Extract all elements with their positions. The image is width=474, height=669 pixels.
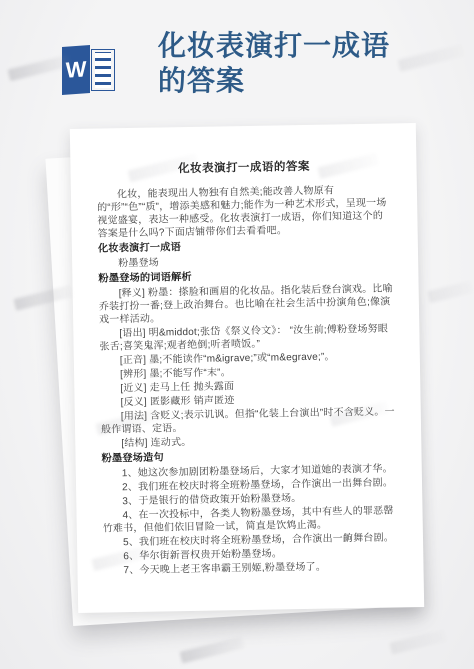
watermark-smudge	[427, 281, 473, 303]
word-icon-letter: W	[66, 58, 87, 81]
analysis-line: [用法] 含贬义;表示讥讽。但指“化装上台演出”时不含贬义。一般作谓语、定语。	[101, 405, 396, 436]
word-icon-sheet	[91, 49, 115, 91]
analysis-line: [释义] 粉墨：搽脸和画眉的化妆品。指化装后登台演戏。比喻乔装打扮一番;登上政治…	[99, 282, 395, 326]
document-preview-sheet[interactable]: 化妆表演打一成语的答案 化妆，能表现出人物独有自然美;能改善人物原有的“形”“色…	[70, 123, 424, 613]
word-icon-panel: W	[62, 45, 90, 95]
page-title-line1: 化妆表演打一成语	[158, 30, 390, 61]
word-document-icon: W	[62, 44, 122, 98]
analysis-line: [语出] 明&middot;张岱《祭义伶文》： “汝生前;傅粉登场努眼张舌;喜笑…	[99, 322, 394, 353]
watermark-smudge	[179, 636, 244, 663]
watermark-smudge	[389, 629, 446, 654]
header: W 化妆表演打一成语的答案	[0, 0, 474, 112]
page-title: 化妆表演打一成语的答案	[158, 28, 458, 98]
sentence-item: 4、在一次投标中，各类人物粉墨登场，其中有些人的罪恶罄竹难书，但他们依旧冒险一试…	[102, 504, 397, 535]
document-content: 化妆表演打一成语的答案 化妆，能表现出人物独有自然美;能改善人物原有的“形”“色…	[70, 123, 424, 613]
document-title: 化妆表演打一成语的答案	[96, 159, 391, 177]
intro-paragraph: 化妆，能表现出人物独有自然美;能改善人物原有的“形”“色”“质”，增添美感和魅力…	[97, 183, 393, 240]
page-title-line2: 的答案	[158, 65, 245, 96]
